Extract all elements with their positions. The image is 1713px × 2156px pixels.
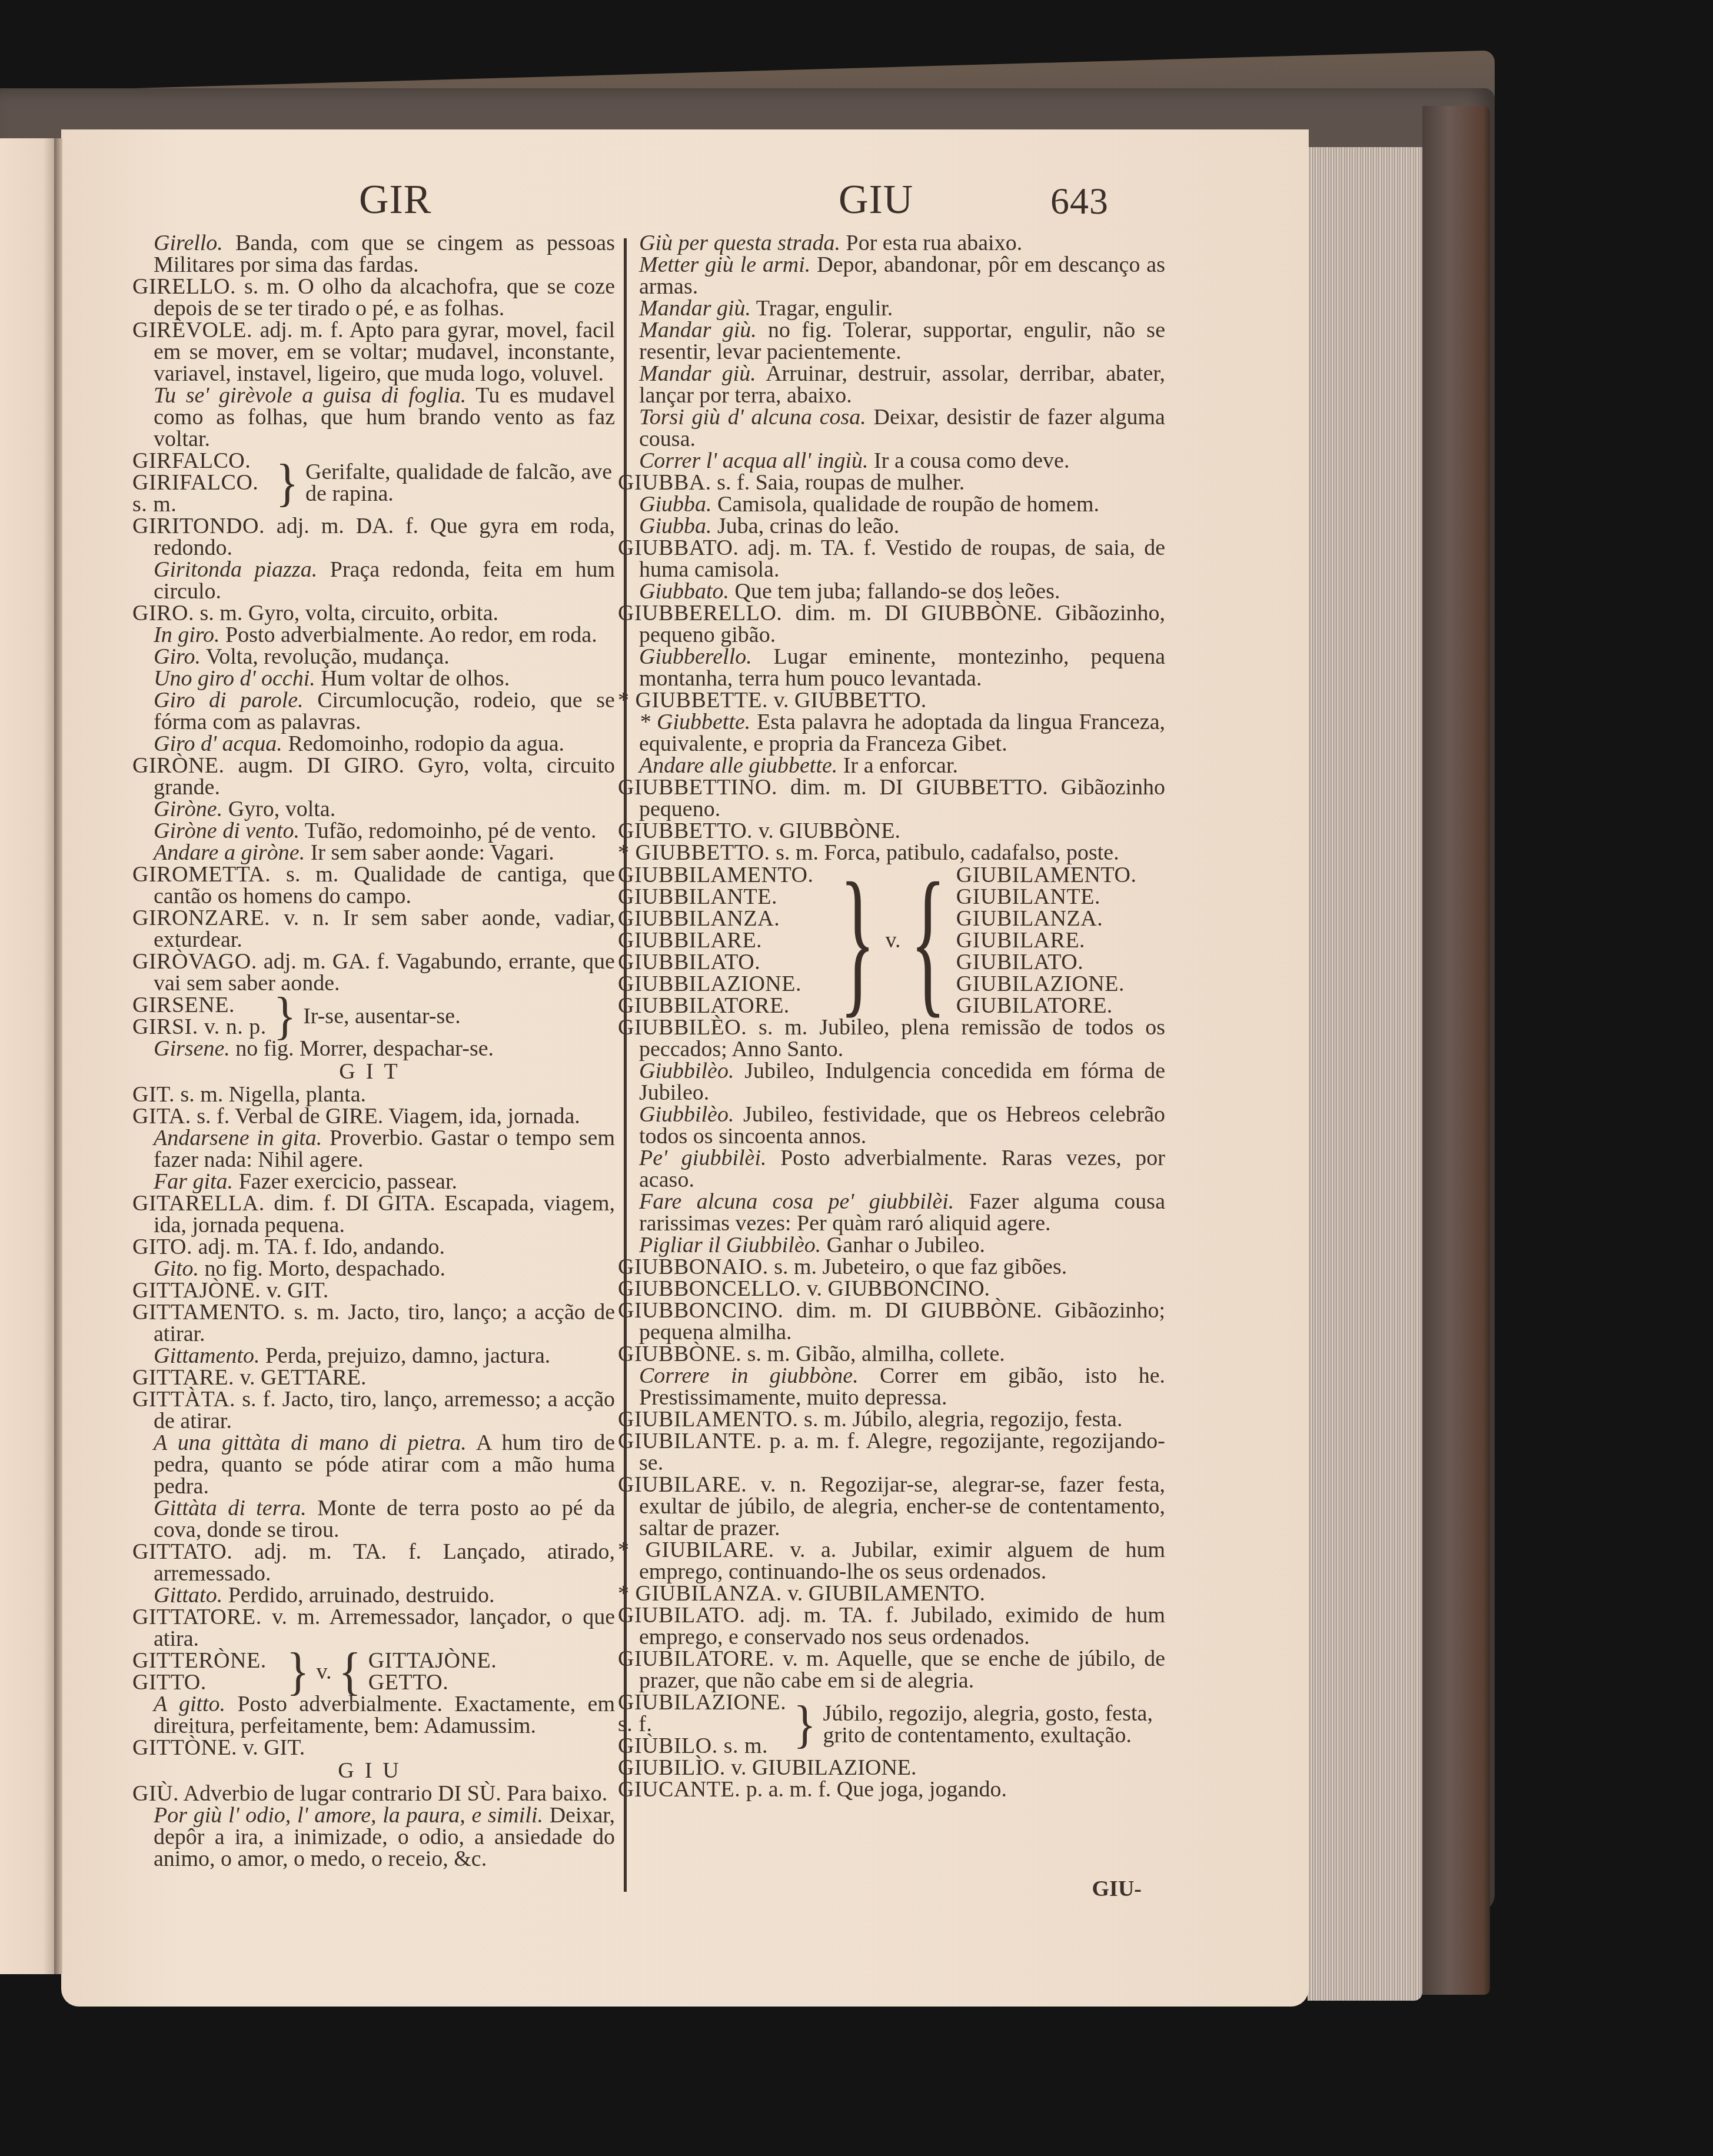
sub-entry: Andare a giròne. Ir sem saber aonde: Vag…	[132, 842, 615, 864]
catchword: GIU-	[618, 1878, 1165, 1900]
headword: GITTÒNE.	[132, 1735, 237, 1760]
dictionary-entry: GIUBILAMENTO. s. m. Júbilo, alegria, reg…	[618, 1409, 1165, 1430]
cross-reference-group: GITTERÒNE.GITTO.}v.{GITTAJÒNE.GETTO.	[132, 1650, 615, 1693]
headword: GIUBILÌO.	[618, 1755, 726, 1780]
definition: s. f. Saia, roupas de mulher.	[717, 470, 964, 495]
dictionary-entry: GITTÀTA. s. f. Jacto, tiro, lanço, arrem…	[132, 1389, 615, 1432]
italian-phrase: Gittàta di terra.	[154, 1496, 307, 1520]
headword: GIUBBILAMENTO.	[618, 864, 830, 886]
dictionary-entry: GIRELLO. s. m. O olho da alcachofra, que…	[132, 276, 615, 320]
sub-entry: Mandar giù. Arruinar, destruir, assolar,…	[618, 363, 1165, 407]
italian-phrase: Giròne.	[154, 797, 222, 821]
brace-headwords: GIUBILAZIONE. s. f.GIÙBILO. s. m.	[618, 1692, 786, 1757]
translation: Ganhar o Jubileo.	[827, 1233, 985, 1257]
sub-entry: * Giubbette. Esta palavra he adoptada da…	[618, 711, 1165, 755]
dictionary-entry: GITO. adj. m. TA. f. Ido, andando.	[132, 1236, 615, 1258]
sub-entry: Andare alle giubbette. Ir a enforcar.	[618, 755, 1165, 777]
target-headword: GITTAJÒNE.	[368, 1650, 497, 1672]
definition: s. m. Gibão, almilha, collete.	[747, 1342, 1005, 1366]
italian-phrase: Giubbilèo.	[639, 1059, 734, 1083]
italian-phrase: Giròne di vento.	[154, 819, 300, 843]
italian-phrase: Giro di parole.	[154, 688, 304, 713]
headword: GIUBBILAZIONE.	[618, 973, 830, 995]
sub-entry: Gittàta di terra. Monte de terra posto a…	[132, 1498, 615, 1541]
dictionary-entry: GITTAMENTO. s. m. Jacto, tiro, lanço; a …	[132, 1302, 615, 1345]
dictionary-entry: GIUBBILÈO. s. m. Jubileo, plena remissão…	[618, 1017, 1165, 1060]
headword: GIRÈVOLE.	[132, 318, 252, 342]
translation: Tragar, engulir.	[756, 296, 893, 321]
see-label: v.	[885, 930, 900, 951]
definition: s. m. Jubeteiro, o que faz gibões.	[774, 1255, 1067, 1279]
italian-phrase: Giubba.	[639, 514, 712, 538]
sub-entry: Far gita. Fazer exercicio, passear.	[132, 1171, 615, 1193]
translation: Ir sem saber aonde: Vagari.	[311, 840, 554, 865]
dictionary-entry: GIUBBETTINO. dim. m. DI GIUBBETTO. Gibão…	[618, 777, 1165, 820]
dictionary-entry: GIUBBETTO. v. GIUBBÒNE.	[618, 820, 1165, 842]
target-headword: GIUBILAMENTO.	[956, 864, 1137, 886]
sub-entry: Gittamento. Perda, prejuizo, damno, jact…	[132, 1345, 615, 1367]
headword: GIUBBATO.	[618, 535, 739, 560]
italian-phrase: Giritonda piazza.	[154, 557, 317, 582]
italian-phrase: Giubberello.	[639, 644, 752, 669]
dictionary-entry: GITA. s. f. Verbal de GIRE. Viagem, ida,…	[132, 1106, 615, 1127]
left-running-head: GIR	[359, 177, 432, 224]
definition: Adverbio de lugar contrario DI SÙ. Para …	[183, 1781, 607, 1806]
headword: GIUCANTE.	[618, 1777, 740, 1802]
translation: Camisola, qualidade de roupão de homem.	[717, 492, 1099, 517]
brace-entry: GIRFALCO.GIRIFALCO. s. m.}Gerifalte, qua…	[132, 450, 615, 515]
headword: GIROMETTA.	[132, 862, 271, 887]
dictionary-entry: GIUBILATORE. v. m. Aquelle, que se enche…	[618, 1648, 1165, 1692]
sub-entry: Giubberello. Lugar eminente, montezinho,…	[618, 646, 1165, 690]
dictionary-entry: GIUBILANTE. p. a. m. f. Alegre, regozija…	[618, 1430, 1165, 1474]
italian-phrase: Andare a giròne.	[154, 840, 305, 865]
headword: GIUBBILATO.	[618, 951, 830, 973]
headword: GIUBBILANZA.	[618, 908, 830, 930]
section-heading: GIT	[132, 1061, 615, 1083]
definition: Gerifalte, qualidade de falcão, ave de r…	[305, 461, 615, 505]
headword: GIUBBONCELLO.	[618, 1276, 801, 1301]
dictionary-entry: GIUBBA. s. f. Saia, roupas de mulher.	[618, 472, 1165, 494]
italian-phrase: Giubbato.	[639, 579, 729, 604]
headword: GIUBILAMENTO.	[618, 1407, 799, 1432]
dictionary-entry: GIRO. s. m. Gyro, volta, circuito, orbit…	[132, 603, 615, 624]
dictionary-entry: GIRÒVAGO. adj. m. GA. f. Vagabundo, erra…	[132, 951, 615, 994]
left-column: Girello. Banda, com que se cingem as pes…	[132, 232, 615, 1870]
brace-entry: GIUBILAZIONE. s. f.GIÙBILO. s. m.}Júbilo…	[618, 1692, 1165, 1757]
dictionary-entry: GIRONZARE. v. n. Ir sem saber aonde, vad…	[132, 907, 615, 951]
sub-entry: Metter giù le armi. Depor, abandonar, pô…	[618, 254, 1165, 298]
dictionary-entry: GIRITONDO. adj. m. DA. f. Que gyra em ro…	[132, 515, 615, 559]
italian-phrase: Andarsene in gita.	[154, 1126, 322, 1150]
headword: GIUBILAZIONE. s. f.	[618, 1692, 786, 1735]
italian-phrase: Giro.	[154, 644, 201, 669]
italian-phrase: Gito.	[154, 1256, 199, 1281]
translation: Que tem juba; fallando-se dos leões.	[735, 579, 1060, 604]
definition: v. GIUBILAMENTO.	[787, 1581, 985, 1606]
left-brace-icon: {	[338, 1652, 361, 1691]
dictionary-entry: GIROMETTA. s. m. Qualidade de cantiga, q…	[132, 864, 615, 907]
translation: no fig. Morto, despachado.	[205, 1256, 445, 1281]
headword: GIUBBERELLO.	[618, 601, 782, 625]
headword: GITARELLA.	[132, 1191, 265, 1216]
italian-phrase: Pe' giubbilèi.	[639, 1146, 766, 1170]
italian-phrase: Fare alcuna cosa pe' giubbilèi.	[639, 1189, 954, 1214]
headword: GIUBBÒNE.	[618, 1342, 741, 1366]
sub-entry: Girello. Banda, com que se cingem as pes…	[132, 232, 615, 276]
translation: Por esta rua abaixo.	[846, 231, 1023, 255]
headword: GIRSI. v. n. p.	[132, 1016, 267, 1038]
headword: GIT.	[132, 1082, 175, 1107]
headword: GIÙ.	[132, 1781, 179, 1806]
page-number: 643	[1050, 179, 1109, 223]
sub-entry: Correr l' acqua all' ingiù. Ir a cousa c…	[618, 450, 1165, 472]
headword: GIUBBONAIO.	[618, 1255, 769, 1279]
italian-phrase: A una gittàta di mano di pietra.	[154, 1430, 467, 1455]
sub-entry: Pigliar il Giubbilèo. Ganhar o Jubileo.	[618, 1235, 1165, 1256]
translation: Hum voltar de olhos.	[321, 666, 510, 691]
sub-entry: Giròne. Gyro, volta.	[132, 798, 615, 820]
dictionary-entry: GIUBILARE. v. n. Regozijar-se, alegrar-s…	[618, 1474, 1165, 1539]
italian-phrase: Mandar giù.	[639, 318, 757, 342]
translation: Ir a cousa como deve.	[874, 448, 1069, 473]
sub-entry: Fare alcuna cosa pe' giubbilèi. Fazer al…	[618, 1191, 1165, 1235]
target-headword: GIUBILARE.	[956, 930, 1137, 951]
dictionary-entry: GIUBILÌO. v. GIUBILAZIONE.	[618, 1757, 1165, 1779]
italian-phrase: Andare alle giubbette.	[639, 753, 837, 778]
facing-page-margin	[0, 138, 54, 1974]
headword: GIUBBILANTE.	[618, 886, 830, 908]
sub-entry: Giro. Volta, revolução, mudança.	[132, 646, 615, 668]
headword: GIUBILARE.	[618, 1472, 747, 1497]
sub-entry: A gitto. Posto adverbialmente. Exactamen…	[132, 1693, 615, 1737]
headword: GIUBBILATORE.	[618, 995, 830, 1017]
italian-phrase: Gittato.	[154, 1583, 222, 1608]
italian-phrase: Giubba.	[639, 492, 712, 517]
dictionary-entry: GIT. s. m. Nigella, planta.	[132, 1084, 615, 1106]
definition: v. GETTARE.	[240, 1365, 366, 1390]
target-headword: GIUBILANTE.	[956, 886, 1137, 908]
center-running-head: GIU	[839, 177, 913, 224]
dictionary-entry: GIUBBATO. adj. m. TA. f. Vestido de roup…	[618, 537, 1165, 581]
translation: Ir a enforcar.	[843, 753, 958, 778]
headword: GIUBBETTINO.	[618, 775, 777, 800]
italian-phrase: * Giubbette.	[639, 710, 750, 734]
sub-entry: Uno giro d' occhi. Hum voltar de olhos.	[132, 668, 615, 690]
italian-phrase: Mandar giù.	[639, 296, 751, 321]
headword: GIUBILATORE.	[618, 1646, 774, 1671]
target-headword: GIUBILATORE.	[956, 995, 1137, 1017]
dictionary-entry: * GIUBBETTO. s. m. Forca, patibulo, cada…	[618, 842, 1165, 864]
sub-entry: Gittato. Perdido, arruinado, destruido.	[132, 1585, 615, 1606]
headword: GIRO.	[132, 601, 194, 625]
definition: Ir-se, ausentar-se.	[303, 1006, 461, 1027]
italian-phrase: Giubbilèo.	[639, 1102, 734, 1127]
sub-entry: Por giù l' odio, l' amore, la paura, e s…	[132, 1805, 615, 1870]
sub-entry: Giubbilèo. Jubileo, Indulgencia concedid…	[618, 1060, 1165, 1104]
italian-phrase: Girello.	[154, 231, 223, 255]
sub-entry: Andarsene in gita. Proverbio. Gastar o t…	[132, 1127, 615, 1171]
definition: adj. m. TA. f. Ido, andando.	[198, 1235, 445, 1259]
headword: GIUBBONCINO.	[618, 1298, 784, 1323]
headword: GIRSENE.	[132, 994, 267, 1016]
see-label: v.	[316, 1661, 331, 1683]
definition: s. f. Verbal de GIRE. Viagem, ida, jorna…	[197, 1104, 580, 1129]
sub-entry: Giubbilèo. Jubileo, festividade, que os …	[618, 1104, 1165, 1147]
target-headwords: GITTAJÒNE.GETTO.	[368, 1650, 497, 1693]
catchword-row: GIU-	[618, 1865, 1165, 1900]
headword: GITTAJÒNE.	[132, 1278, 261, 1303]
headword: GITO.	[132, 1235, 192, 1259]
translation: Redomoinho, rodopio da agua.	[288, 731, 564, 756]
sub-entry: Giròne di vento. Tufão, redomoinho, pé d…	[132, 820, 615, 842]
dictionary-entry: GITTAJÒNE. v. GIT.	[132, 1280, 615, 1302]
headword: GITTÀTA.	[132, 1387, 235, 1412]
dictionary-entry: GIUBBERELLO. dim. m. DI GIUBBÒNE. Gibãoz…	[618, 603, 1165, 646]
dictionary-entry: GIUCANTE. p. a. m. f. Que joga, jogando.	[618, 1779, 1165, 1801]
cross-reference-group: GIUBBILAMENTO.GIUBBILANTE.GIUBBILANZA.GI…	[618, 864, 1165, 1017]
italian-phrase: Tu se' girèvole a guisa di foglia.	[154, 383, 466, 408]
sub-entry: In giro. Posto adverbialmente. Ao redor,…	[132, 624, 615, 646]
right-column: Giù per questa strada. Por esta rua abai…	[618, 232, 1165, 1801]
sub-entry: Giubba. Juba, crinas do leão.	[618, 515, 1165, 537]
dictionary-entry: GIUBBONAIO. s. m. Jubeteiro, o que faz g…	[618, 1256, 1165, 1278]
definition: v. GIUBILAZIONE.	[731, 1755, 916, 1780]
sub-entry: Gito. no fig. Morto, despachado.	[132, 1258, 615, 1280]
headword: GITTAMENTO.	[132, 1300, 285, 1325]
brace-headwords: GIRFALCO.GIRIFALCO. s. m.	[132, 450, 269, 515]
dictionary-entry: GIUBILATO. adj. m. TA. f. Jubilado, exim…	[618, 1605, 1165, 1648]
headword: GIRELLO.	[132, 274, 236, 299]
italian-phrase: Uno giro d' occhi.	[154, 666, 315, 691]
dictionary-entry: GIUBBÒNE. s. m. Gibão, almilha, collete.	[618, 1343, 1165, 1365]
right-brace-icon: }	[287, 1652, 309, 1691]
target-headwords: GIUBILAMENTO.GIUBILANTE.GIUBILANZA.GIUBI…	[956, 864, 1137, 1017]
sub-entry: Mandar giù. Tragar, engulir.	[618, 298, 1165, 320]
definition: v. GIUBBETTO.	[774, 688, 927, 713]
translation: Tufão, redomoinho, pé de vento.	[305, 819, 597, 843]
translation: Perda, prejuizo, damno, jactura.	[265, 1343, 550, 1368]
page-stack-edges	[1308, 147, 1422, 2001]
brace-icon: }	[276, 464, 298, 503]
dictionary-entry: GIÙ. Adverbio de lugar contrario DI SÙ. …	[132, 1783, 615, 1805]
right-brace-icon: }	[840, 864, 875, 1017]
italian-phrase: Torsi giù d' alcuna cosa.	[639, 405, 866, 430]
sub-entry: A una gittàta di mano di pietra. A hum t…	[132, 1432, 615, 1498]
italian-phrase: Far gita.	[154, 1169, 233, 1194]
dictionary-entry: GITTARE. v. GETTARE.	[132, 1367, 615, 1389]
definition: v. GIUBBÒNE.	[759, 819, 900, 843]
headword: * GIUBBETTO.	[618, 840, 770, 865]
translation: Perdido, arruinado, destruido.	[228, 1583, 495, 1608]
translation: Gyro, volta.	[228, 797, 336, 821]
headword: * GIUBBETTE.	[618, 688, 768, 713]
dictionary-entry: * GIUBILANZA. v. GIUBILAMENTO.	[618, 1583, 1165, 1605]
headword: GITTATO.	[132, 1539, 232, 1564]
headword: GIUBBILARE.	[618, 930, 830, 951]
target-headword: GETTO.	[368, 1672, 497, 1693]
definition: Júbilo, regozijo, alegria, gosto, festa,…	[823, 1703, 1165, 1746]
italian-phrase: Metter giù le armi.	[639, 252, 810, 277]
sub-entry: Giubbato. Que tem juba; fallando-se dos …	[618, 581, 1165, 603]
italian-phrase: In giro.	[154, 623, 220, 647]
dictionary-entry: * GIUBBETTE. v. GIUBBETTO.	[618, 690, 1165, 711]
dictionary-entry: GITTATORE. v. m. Arremessador, lançador,…	[132, 1606, 615, 1650]
dictionary-entry: GIUBBONCINO. dim. m. DI GIUBBÒNE. Gibãoz…	[618, 1300, 1165, 1343]
italian-phrase: Por giù l' odio, l' amore, la paura, e s…	[154, 1803, 543, 1828]
dictionary-entry: * GIUBILARE. v. a. Jubilar, eximir algue…	[618, 1539, 1165, 1583]
variant-headwords: GITTERÒNE.GITTO.	[132, 1650, 280, 1693]
headword: GIÙBILO. s. m.	[618, 1735, 786, 1757]
italian-phrase: Girsene.	[154, 1036, 230, 1061]
section-heading: GIU	[132, 1760, 615, 1782]
headword: GIRIFALCO. s. m.	[132, 472, 269, 515]
italian-phrase: Mandar giù.	[639, 361, 756, 386]
target-headword: GIUBILATO.	[956, 951, 1137, 973]
headword: GITA.	[132, 1104, 191, 1129]
definition: s. m. Forca, patibulo, cadafalso, poste.	[776, 840, 1119, 865]
translation: Banda, com que se cingem as pessoas Mili…	[154, 231, 615, 277]
sub-entry: Giubba. Camisola, qualidade de roupão de…	[618, 494, 1165, 515]
sub-entry: Giro d' acqua. Redomoinho, rodopio da ag…	[132, 733, 615, 755]
headword: GITTATORE.	[132, 1605, 262, 1629]
headword: GIRONZARE.	[132, 906, 270, 930]
headword: GIRÒVAGO.	[132, 949, 257, 974]
headword: GITTERÒNE.	[132, 1650, 280, 1672]
dictionary-entry: GITTATO. adj. m. TA. f. Lançado, atirado…	[132, 1541, 615, 1585]
sub-entry: Giritonda piazza. Praça redonda, feita e…	[132, 559, 615, 603]
headword: GIUBILATO.	[618, 1603, 745, 1628]
variant-headwords: GIUBBILAMENTO.GIUBBILANTE.GIUBBILANZA.GI…	[618, 864, 830, 1017]
dictionary-entry: GITARELLA. dim. f. DI GITA. Escapada, vi…	[132, 1193, 615, 1236]
target-headword: GIUBILANZA.	[956, 908, 1137, 930]
dictionary-entry: GIRÈVOLE. adj. m. f. Apto para gyrar, mo…	[132, 320, 615, 385]
book-fore-edge-cover	[1422, 106, 1490, 1995]
definition: v. GIT.	[267, 1278, 329, 1303]
italian-phrase: Pigliar il Giubbilèo.	[639, 1233, 821, 1257]
translation: Fazer exercicio, passear.	[239, 1169, 457, 1194]
headword: GIRÒNE.	[132, 753, 225, 778]
headword: GITTARE.	[132, 1365, 234, 1390]
dictionary-entry: GITTÒNE. v. GIT.	[132, 1737, 615, 1759]
sub-entry: Torsi giù d' alcuna cosa. Deixar, desist…	[618, 407, 1165, 450]
definition: v. GIUBBONCINO.	[807, 1276, 990, 1301]
translation: Juba, crinas do leão.	[717, 514, 899, 538]
brace-entry: GIRSENE.GIRSI. v. n. p.}Ir-se, ausentar-…	[132, 994, 615, 1038]
definition: s. m. Júbilo, alegria, regozijo, festa.	[804, 1407, 1122, 1432]
definition: p. a. m. f. Que joga, jogando.	[746, 1777, 1007, 1802]
brace-headwords: GIRSENE.GIRSI. v. n. p.	[132, 994, 267, 1038]
definition: s. m. Nigella, planta.	[181, 1082, 367, 1107]
italian-phrase: Giù per questa strada.	[639, 231, 840, 255]
target-headword: GIUBILAZIONE.	[956, 973, 1137, 995]
italian-phrase: Correre in giubbòne.	[639, 1363, 859, 1388]
italian-phrase: Correr l' acqua all' ingiù.	[639, 448, 869, 473]
sub-entry: Pe' giubbilèi. Posto adverbialmente. Rar…	[618, 1147, 1165, 1191]
headword: GITTO.	[132, 1672, 280, 1693]
brace-icon: }	[793, 1705, 816, 1744]
translation: Posto adverbialmente. Ao redor, em roda.	[225, 623, 597, 647]
sub-entry: Giro di parole. Circumlocução, rodeio, q…	[132, 690, 615, 733]
headword: * GIUBILARE.	[618, 1538, 774, 1562]
definition: v. GIT.	[243, 1735, 305, 1760]
left-brace-icon: {	[910, 864, 946, 1017]
sub-entry: Correre in giubbòne. Correr em gibão, is…	[618, 1365, 1165, 1409]
headword: GIUBBILÈO.	[618, 1015, 747, 1040]
book-gutter	[54, 138, 62, 1974]
italian-phrase: A gitto.	[154, 1692, 225, 1716]
headword: GIUBBETTO.	[618, 819, 753, 843]
italian-phrase: Gittamento.	[154, 1343, 260, 1368]
headword: GIUBBA.	[618, 470, 711, 495]
headword: GIRFALCO.	[132, 450, 269, 472]
headword: * GIUBILANZA.	[618, 1581, 782, 1606]
translation: Volta, revolução, mudança.	[206, 644, 450, 669]
dictionary-entry: GIRÒNE. augm. DI GIRO. Gyro, volta, circ…	[132, 755, 615, 798]
headword: GIRITONDO.	[132, 514, 265, 538]
italian-phrase: Giro d' acqua.	[154, 731, 282, 756]
sub-entry: Mandar giù. no fig. Tolerar, supportar, …	[618, 320, 1165, 363]
brace-icon: }	[274, 997, 296, 1036]
headword: GIUBILANTE.	[618, 1429, 762, 1453]
definition: s. m. Gyro, volta, circuito, orbita.	[199, 601, 498, 625]
sub-entry: Girsene. no fig. Morrer, despachar-se.	[132, 1038, 615, 1060]
sub-entry: Tu se' girèvole a guisa di foglia. Tu es…	[132, 385, 615, 450]
sub-entry: Giù per questa strada. Por esta rua abai…	[618, 232, 1165, 254]
dictionary-entry: GIUBBONCELLO. v. GIUBBONCINO.	[618, 1278, 1165, 1300]
